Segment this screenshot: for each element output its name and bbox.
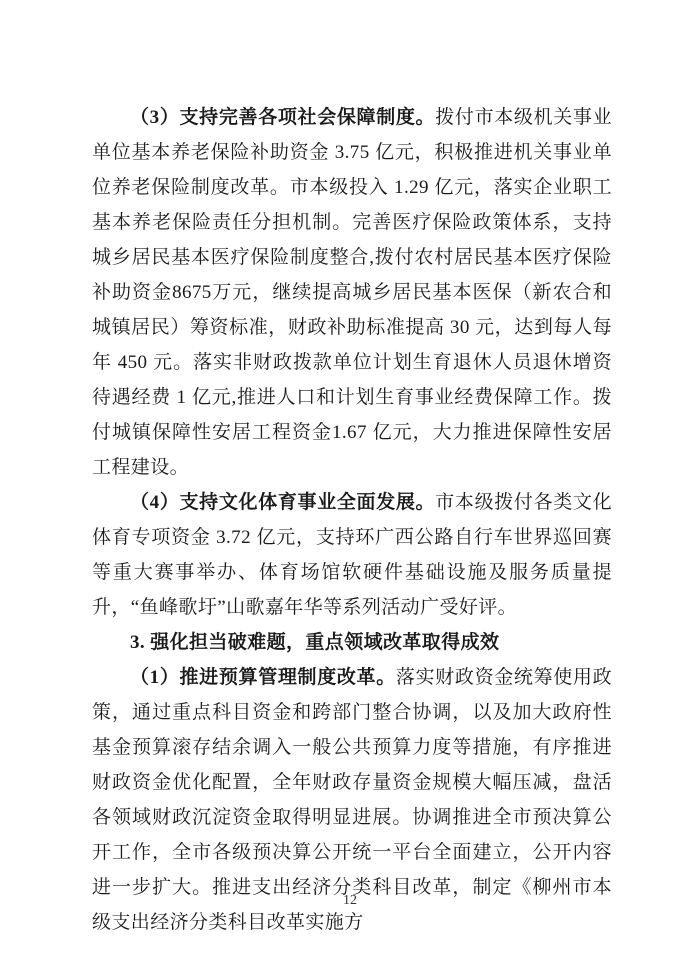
document-page: （3）支持完善各项社会保障制度。拨付市本级机关事业单位基本养老保险补助资金 3.…	[0, 0, 700, 966]
paragraph-culture-sports: （4）支持文化体育事业全面发展。市本级拨付各类文化体育专项资金 3.72 亿元，…	[92, 485, 612, 625]
paragraph-body: 拨付市本级机关事业单位基本养老保险补助资金 3.75 亿元，积极推进机关事业单位…	[92, 107, 612, 478]
paragraph-lead: （1）推进预算管理制度改革。	[130, 667, 396, 688]
section-heading-reform: 3. 强化担当破难题，重点领域改革取得成效	[92, 625, 612, 660]
heading-text: 3. 强化担当破难题，重点领域改革取得成效	[130, 632, 499, 653]
paragraph-lead: （4）支持文化体育事业全面发展。	[130, 492, 435, 513]
document-body: （3）支持完善各项社会保障制度。拨付市本级机关事业单位基本养老保险补助资金 3.…	[92, 100, 612, 940]
page-number: 12	[0, 893, 700, 909]
paragraph-social-security: （3）支持完善各项社会保障制度。拨付市本级机关事业单位基本养老保险补助资金 3.…	[92, 100, 612, 485]
paragraph-lead: （3）支持完善各项社会保障制度。	[130, 107, 435, 128]
